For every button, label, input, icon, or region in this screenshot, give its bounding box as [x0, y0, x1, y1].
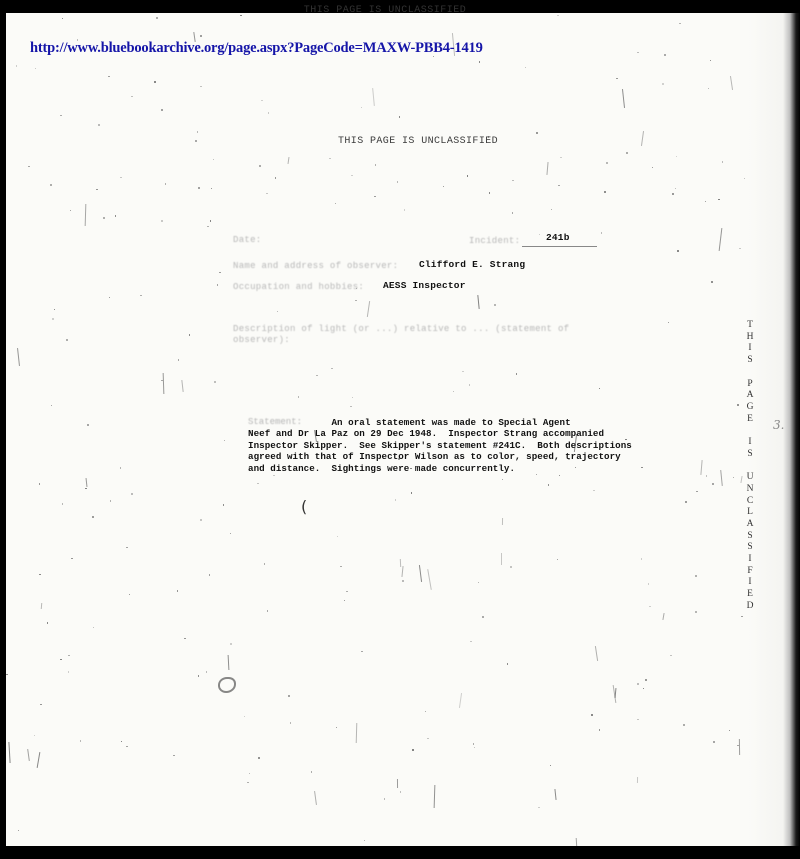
scan-speck [35, 68, 36, 69]
scan-speck [599, 729, 600, 731]
scan-speck [213, 159, 214, 160]
scan-speck [637, 52, 639, 53]
scan-speck [637, 777, 638, 783]
scan-speck [546, 162, 548, 175]
scan-speck [288, 695, 290, 697]
scan-speck [399, 116, 400, 118]
scan-speck [402, 580, 404, 582]
scan-speck [261, 100, 263, 101]
scan-speck [507, 663, 508, 665]
scan-speck [375, 164, 376, 166]
scan-speck [264, 563, 265, 565]
scan-speck [593, 490, 595, 491]
scan-speck [372, 88, 375, 106]
scan-speck [482, 616, 484, 618]
scan-speck [510, 566, 512, 568]
scan-speck [601, 232, 602, 234]
scan-speck [361, 651, 363, 652]
scan-speck [335, 203, 336, 204]
scan-speck [85, 488, 87, 489]
scan-speck [626, 152, 628, 154]
scan-speck [80, 740, 81, 742]
scan-speck [356, 723, 358, 743]
scan-speck [86, 478, 88, 487]
scan-speck [536, 132, 538, 134]
scan-speck [109, 297, 110, 298]
scan-speck [591, 714, 593, 716]
scan-speck [161, 220, 163, 222]
scan-speck [115, 215, 116, 217]
scan-speck [184, 638, 186, 639]
scan-speck [266, 193, 268, 194]
observer-name: Clifford E. Strang [419, 259, 525, 270]
scan-speck [741, 616, 743, 617]
scan-speck [462, 371, 464, 372]
scan-speck [314, 791, 317, 805]
scan-speck [662, 83, 664, 85]
scan-speck [173, 755, 175, 756]
scan-speck [404, 209, 405, 211]
bottom-scan-border [0, 846, 800, 859]
archive-page-link[interactable]: http://www.bluebookarchive.org/page.aspx… [30, 40, 483, 57]
scan-speck [288, 157, 290, 164]
scan-speck [737, 404, 739, 406]
scan-speck [739, 739, 740, 755]
page-number-annotation: 3. [773, 418, 784, 432]
scan-speck [39, 574, 41, 575]
scan-speck [6, 674, 8, 675]
scan-speck [189, 334, 190, 336]
scan-speck [643, 688, 644, 689]
incident-number: 241b [546, 232, 570, 243]
scan-speck [364, 840, 365, 841]
scan-speck [560, 157, 562, 158]
scan-speck [163, 373, 165, 394]
incident-label: Incident: [469, 236, 520, 246]
scan-speck [92, 516, 94, 518]
scan-speck [355, 300, 357, 301]
scan-speck [705, 201, 706, 202]
scan-speck [346, 591, 348, 592]
scan-speck [87, 424, 89, 426]
scan-speck [257, 483, 259, 484]
statement-text: An oral statement was made to Special Ag… [248, 417, 618, 474]
scan-speck [722, 161, 723, 163]
scan-speck [479, 61, 480, 63]
scan-speck [397, 181, 398, 183]
scan-speck [311, 771, 312, 773]
scan-speck [181, 380, 183, 392]
scan-speck [489, 192, 490, 194]
scan-speck [718, 199, 720, 200]
scan-speck [206, 671, 207, 673]
scan-speck [165, 183, 166, 185]
scan-speck [652, 167, 653, 168]
scan-speck [427, 569, 432, 590]
scan-speck [733, 477, 734, 478]
scan-speck [730, 76, 733, 90]
scan-speck [329, 158, 331, 159]
scan-speck [711, 281, 713, 283]
scan-speck [178, 359, 179, 361]
scan-speck [210, 220, 211, 222]
scan-speck [474, 747, 475, 748]
scan-speck [198, 187, 200, 189]
scan-speck [96, 189, 98, 190]
scan-speck [336, 727, 337, 728]
scan-speck [604, 191, 606, 193]
scan-speck [641, 467, 643, 468]
scan-speck [695, 575, 697, 577]
scan-speck [129, 594, 130, 595]
scan-speck [161, 109, 163, 111]
scan-speck [708, 88, 709, 89]
observer-label: Name and address of observer: [233, 261, 398, 271]
pencil-mark: ( [301, 497, 307, 516]
scan-speck [298, 396, 299, 398]
scan-speck [126, 547, 128, 548]
scan-speck [662, 613, 664, 620]
scan-speck [195, 140, 197, 142]
scan-speck [60, 659, 62, 660]
scan-speck [677, 250, 679, 252]
scan-speck [16, 65, 17, 67]
scan-speck [230, 533, 231, 534]
scan-speck [700, 460, 702, 475]
scan-speck [401, 566, 403, 577]
scan-speck [34, 735, 35, 736]
scan-speck [696, 491, 698, 492]
scan-speck [453, 391, 454, 392]
scan-speck [494, 304, 496, 306]
scan-speck [70, 210, 71, 211]
scan-speck [200, 35, 202, 37]
scan-speck [459, 693, 462, 708]
scan-speck [706, 475, 707, 477]
scan-speck [273, 475, 275, 476]
scan-speck [606, 162, 608, 164]
scan-speck [60, 115, 62, 116]
scan-speck [502, 518, 503, 525]
scan-speck [710, 60, 711, 61]
scan-speck [207, 226, 209, 227]
scan-speck [268, 112, 269, 114]
scan-speck [18, 830, 19, 831]
scan-speck [664, 54, 666, 56]
scan-speck [98, 124, 100, 126]
scan-speck [502, 479, 503, 480]
scan-speck [622, 89, 625, 108]
scan-speck [685, 501, 687, 503]
scan-speck [17, 348, 20, 366]
scan-speck [244, 716, 245, 717]
scan-speck [37, 752, 41, 768]
scan-speck [501, 553, 502, 565]
scan-speck [267, 610, 268, 612]
scan-speck [93, 627, 94, 628]
scan-speck [539, 234, 540, 235]
scan-speck [400, 559, 401, 567]
scan-speck [224, 440, 225, 441]
scan-speck [668, 322, 669, 323]
scan-speck [47, 622, 48, 624]
scan-speck [525, 67, 526, 68]
scan-speck [198, 675, 199, 677]
scan-speck [140, 295, 142, 296]
scan-speck [374, 196, 376, 197]
occupation-value: AESS Inspector [383, 280, 466, 291]
scan-speck [230, 643, 232, 645]
scan-speck [645, 679, 647, 681]
scan-speck [316, 375, 318, 376]
scan-speck [548, 484, 549, 486]
scan-speck [419, 565, 422, 582]
scan-speck [131, 493, 133, 495]
scan-speck [68, 655, 70, 656]
scan-speck [695, 611, 697, 613]
scan-speck [713, 741, 715, 743]
scan-speck [395, 499, 396, 501]
scan-speck [384, 798, 385, 800]
scan-speck [676, 156, 677, 157]
scan-speck [131, 96, 133, 97]
scan-speck [103, 217, 105, 219]
scan-speck [27, 749, 30, 761]
scan-speck [211, 188, 212, 189]
scan-speck [467, 175, 468, 177]
scan-speck [108, 76, 110, 77]
body-classification-banner: THIS PAGE IS UNCLASSIFIED [338, 136, 498, 147]
scan-speck [739, 248, 741, 249]
scan-speck [344, 600, 345, 601]
scan-speck [729, 730, 730, 731]
scan-speck [337, 536, 338, 537]
scan-speck [340, 566, 342, 567]
scan-speck [558, 185, 560, 186]
scan-speck [8, 742, 10, 763]
scan-speck [719, 228, 723, 251]
scan-speck [249, 773, 250, 774]
scan-speck [259, 165, 261, 167]
scan-speck [197, 131, 198, 133]
side-classification-banner: T H I S P A G E I S U N C L A S S I F I … [744, 320, 756, 613]
scan-speck [367, 301, 370, 317]
scan-speck [219, 272, 221, 273]
scan-speck [350, 406, 352, 407]
scan-speck [648, 583, 649, 585]
scan-speck [39, 483, 40, 485]
scan-speck [247, 782, 249, 783]
scan-speck [331, 368, 333, 369]
scan-speck [68, 671, 69, 673]
scan-speck [443, 186, 444, 187]
scan-speck [641, 131, 644, 146]
scan-speck [679, 23, 681, 24]
scan-speck [670, 655, 672, 656]
scan-speck [228, 655, 230, 670]
scan-speck [412, 749, 414, 751]
scan-speck [637, 683, 639, 685]
scan-speck [512, 212, 513, 214]
scan-speck [397, 779, 398, 788]
description-label: Description of light (or ...) relative t… [233, 324, 593, 346]
scan-speck [217, 284, 218, 286]
scan-speck [200, 519, 202, 521]
scan-speck [66, 339, 68, 341]
scan-speck [672, 193, 674, 195]
scan-speck [740, 476, 742, 483]
scan-speck [28, 166, 30, 167]
scan-speck [595, 646, 598, 661]
scan-speck [290, 722, 291, 724]
scan-speck [641, 558, 642, 560]
scan-speck [85, 204, 87, 226]
scan-speck [41, 603, 43, 609]
scan-speck [51, 405, 52, 406]
scan-speck [120, 467, 121, 469]
scan-speck [400, 791, 401, 793]
scan-speck [71, 558, 73, 559]
scan-speck [637, 719, 639, 720]
scan-speck [200, 86, 202, 87]
header-classification-banner: THIS PAGE IS UNCLASSIFIED [0, 5, 785, 16]
date-label: Date: [233, 235, 262, 245]
scan-speck [551, 209, 552, 210]
scan-speck [434, 785, 436, 808]
incident-underline [522, 246, 597, 247]
scan-speck [411, 492, 412, 494]
scan-speck [351, 175, 353, 176]
scan-speck [50, 184, 52, 186]
scan-speck [427, 738, 429, 739]
scan-speck [470, 641, 472, 642]
scan-speck [126, 746, 128, 747]
scan-speck [557, 559, 558, 560]
scan-speck [538, 807, 540, 808]
scan-speck [361, 107, 362, 108]
scan-speck [209, 574, 210, 576]
scan-speck [675, 188, 676, 189]
scan-speck [258, 757, 260, 759]
scan-speck [536, 474, 537, 475]
scan-speck [154, 81, 156, 83]
scan-speck [110, 500, 111, 502]
scan-speck [469, 384, 470, 386]
scan-speck [649, 606, 651, 607]
scan-speck [683, 724, 685, 726]
scan-speck [223, 504, 224, 506]
scan-speck [554, 789, 556, 800]
occupation-label: Occupation and hobbies: [233, 282, 364, 292]
scan-speck [720, 470, 723, 486]
scan-speck [62, 503, 63, 505]
scan-speck [616, 78, 618, 79]
scan-speck [425, 711, 426, 712]
scan-speck [512, 180, 514, 181]
scan-speck [62, 18, 63, 19]
scan-speck [156, 17, 158, 19]
scan-speck [54, 309, 55, 310]
scan-speck [576, 838, 578, 846]
scan-speck [478, 582, 479, 583]
scan-speck [599, 388, 600, 389]
scan-speck [214, 381, 216, 383]
scan-speck [559, 475, 560, 476]
scan-speck [277, 311, 278, 312]
scan-speck [177, 590, 178, 592]
scan-speck [275, 177, 276, 179]
scan-speck [121, 741, 122, 742]
scan-speck [352, 397, 353, 398]
scan-speck [120, 177, 122, 178]
scan-speck [52, 318, 54, 320]
scan-speck [516, 373, 517, 375]
scan-speck [744, 178, 745, 179]
scan-speck [473, 743, 474, 745]
scan-speck [712, 483, 714, 485]
scan-speck [477, 295, 479, 309]
scan-speck [40, 704, 42, 705]
scan-speck [550, 765, 551, 766]
